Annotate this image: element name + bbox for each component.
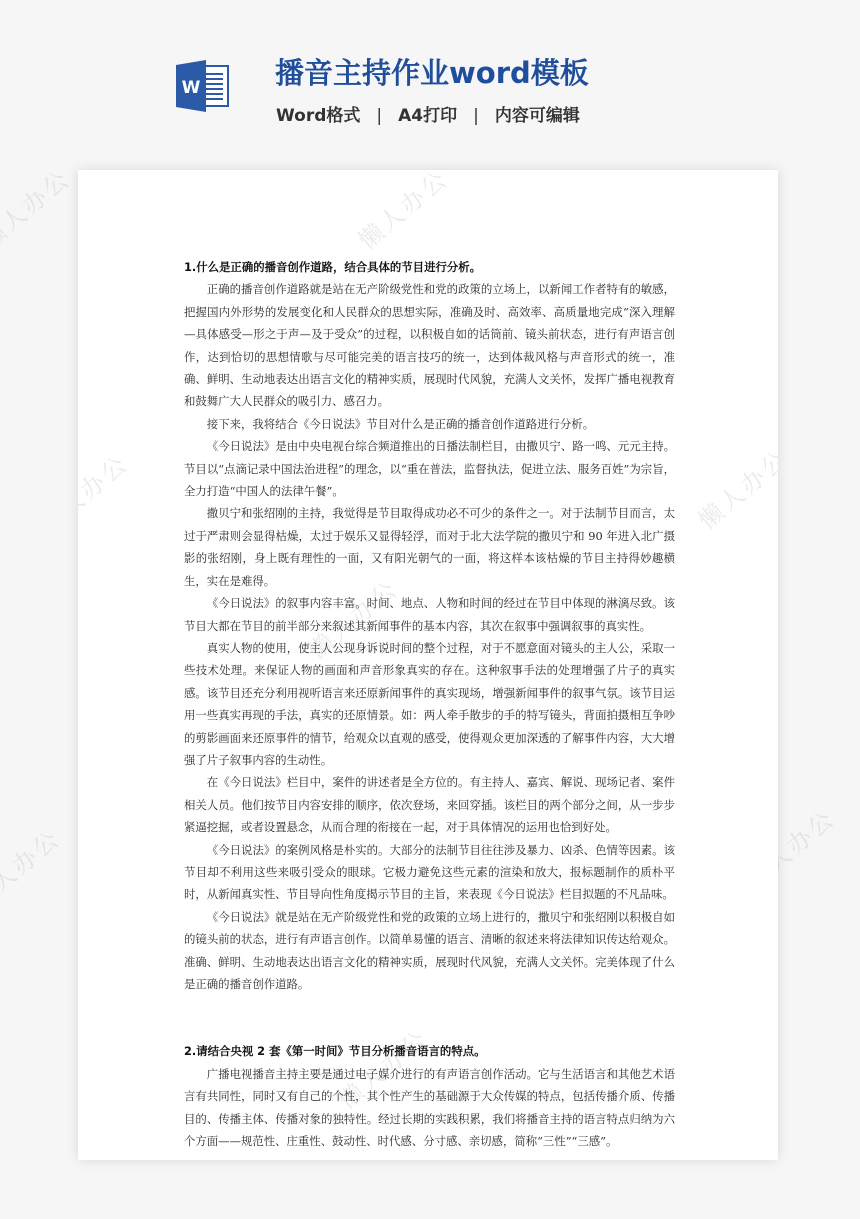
section-heading-1: 1.什么是正确的播音创作道路，结合具体的节目进行分析。 bbox=[184, 256, 675, 278]
paragraph: 广播电视播音主持主要是通过电子媒介进行的有声语言创作活动。它与生活语言和其他艺术… bbox=[184, 1063, 675, 1153]
tag-separator: | bbox=[376, 106, 382, 126]
paragraph: 撒贝宁和张绍刚的主持，我觉得是节目取得成功必不可少的条件之一。对于法制节目而言，… bbox=[184, 502, 675, 592]
tag-format: Word格式 bbox=[276, 106, 360, 126]
paragraph: 《今日说法》的叙事内容丰富。时间、地点、人物和时间的经过在节目中体现的淋漓尽致。… bbox=[184, 592, 675, 637]
paragraph: 在《今日说法》栏目中，案件的讲述者是全方位的。有主持人、嘉宾、解说、现场记者、案… bbox=[184, 771, 675, 838]
feature-tags: Word格式|A4打印|内容可编辑 bbox=[276, 101, 580, 126]
tag-editable: 内容可编辑 bbox=[495, 106, 580, 126]
paragraph: 《今日说法》的案例风格是朴实的。大部分的法制节目往往涉及暴力、凶杀、色情等因素。… bbox=[184, 839, 675, 906]
tag-print: A4打印 bbox=[398, 106, 457, 126]
document-body: 1.什么是正确的播音创作道路，结合具体的节目进行分析。 正确的播音创作道路就是站… bbox=[184, 256, 675, 1152]
section-spacer bbox=[184, 995, 675, 1040]
section-heading-2: 2.请结合央视 2 套《第一时间》节目分析播音语言的特点。 bbox=[184, 1040, 675, 1062]
paragraph: 《今日说法》就是站在无产阶级党性和党的政策的立场上进行的，撒贝宁和张绍刚以积极自… bbox=[184, 906, 675, 996]
watermark: 懒人办公 bbox=[0, 159, 77, 255]
page-header: W 播音主持作业word模板 Word格式|A4打印|内容可编辑 bbox=[0, 0, 860, 170]
tag-separator: | bbox=[473, 106, 479, 126]
watermark: 懒人办公 bbox=[78, 444, 135, 540]
document-page: 懒人办公 懒人办公 懒人办公 懒人办公 懒人办公 1.什么是正确的播音创作道路，… bbox=[78, 170, 778, 1160]
page-title: 播音主持作业word模板 bbox=[275, 51, 589, 92]
paragraph: 正确的播音创作道路就是站在无产阶级党性和党的政策的立场上，以新闻工作者特有的敏感… bbox=[184, 278, 675, 412]
paragraph: 接下来，我将结合《今日说法》节目对什么是正确的播音创作道路进行分析。 bbox=[184, 413, 675, 435]
watermark: 懒人办公 bbox=[349, 170, 454, 256]
watermark: 懒人办公 bbox=[689, 439, 778, 535]
paragraph: 真实人物的使用，使主人公现身诉说时间的整个过程，对于不愿意面对镜头的主人公，采取… bbox=[184, 637, 675, 771]
watermark: 懒人办公 bbox=[0, 819, 67, 915]
svg-text:W: W bbox=[182, 78, 201, 98]
word-document-icon: W bbox=[176, 60, 230, 112]
paragraph: 《今日说法》是由中央电视台综合频道推出的日播法制栏目，由撒贝宁、路一鸣、元元主持… bbox=[184, 435, 675, 502]
